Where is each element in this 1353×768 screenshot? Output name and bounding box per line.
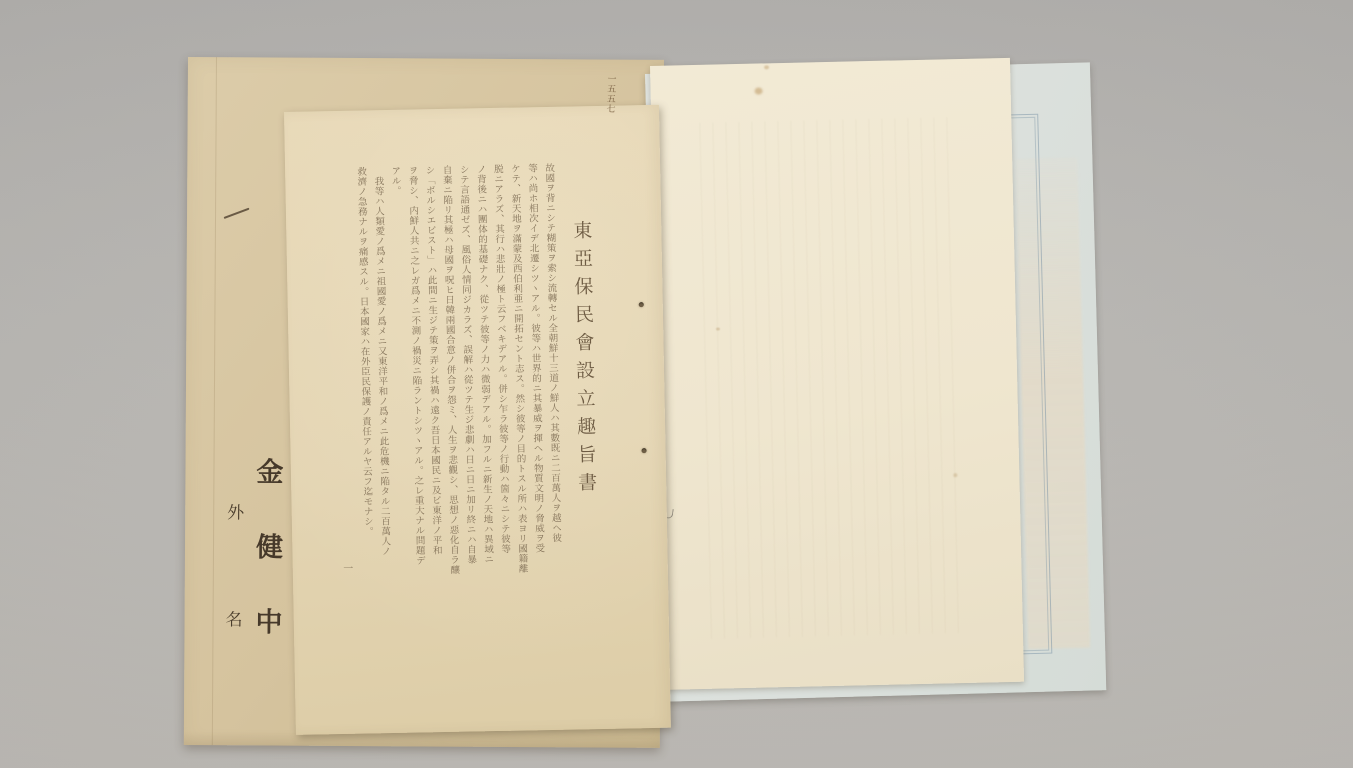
binding-hole-bottom	[642, 448, 647, 453]
archival-number-mark: 一五五七	[603, 74, 617, 114]
foxing-stain	[755, 87, 763, 94]
blank-back-page	[650, 58, 1024, 690]
page-number: 一	[339, 563, 354, 573]
document-body: 故國ヲ背ニシテ糊策ヲ索シ流轉セル全朝鮮十三道ノ鮮人ハ其數既ニ二百萬人ヲ越ヘ彼 等…	[351, 163, 566, 645]
foxing-stain	[953, 473, 957, 477]
folder-annotation-mei: 名	[225, 605, 242, 630]
foxing-stain	[716, 327, 720, 330]
pencil-squiggle-mark	[667, 508, 674, 519]
document-title: 東亞保民會設立趣旨書	[568, 220, 601, 520]
photo-background: 金健中 外 名 東亞保民會設立趣旨書 故國ヲ背ニシテ糊策ヲ索シ流轉セル全朝鮮十三…	[0, 0, 1353, 768]
pen-stroke-mark	[224, 208, 250, 219]
foxing-stain	[764, 65, 769, 69]
folder-annotation-hoka: 外	[227, 498, 244, 523]
binding-hole-top	[639, 302, 644, 307]
folder-name: 金健中	[246, 457, 287, 737]
typed-document-page: 東亞保民會設立趣旨書 故國ヲ背ニシテ糊策ヲ索シ流轉セル全朝鮮十三道ノ鮮人ハ其數既…	[284, 105, 671, 735]
